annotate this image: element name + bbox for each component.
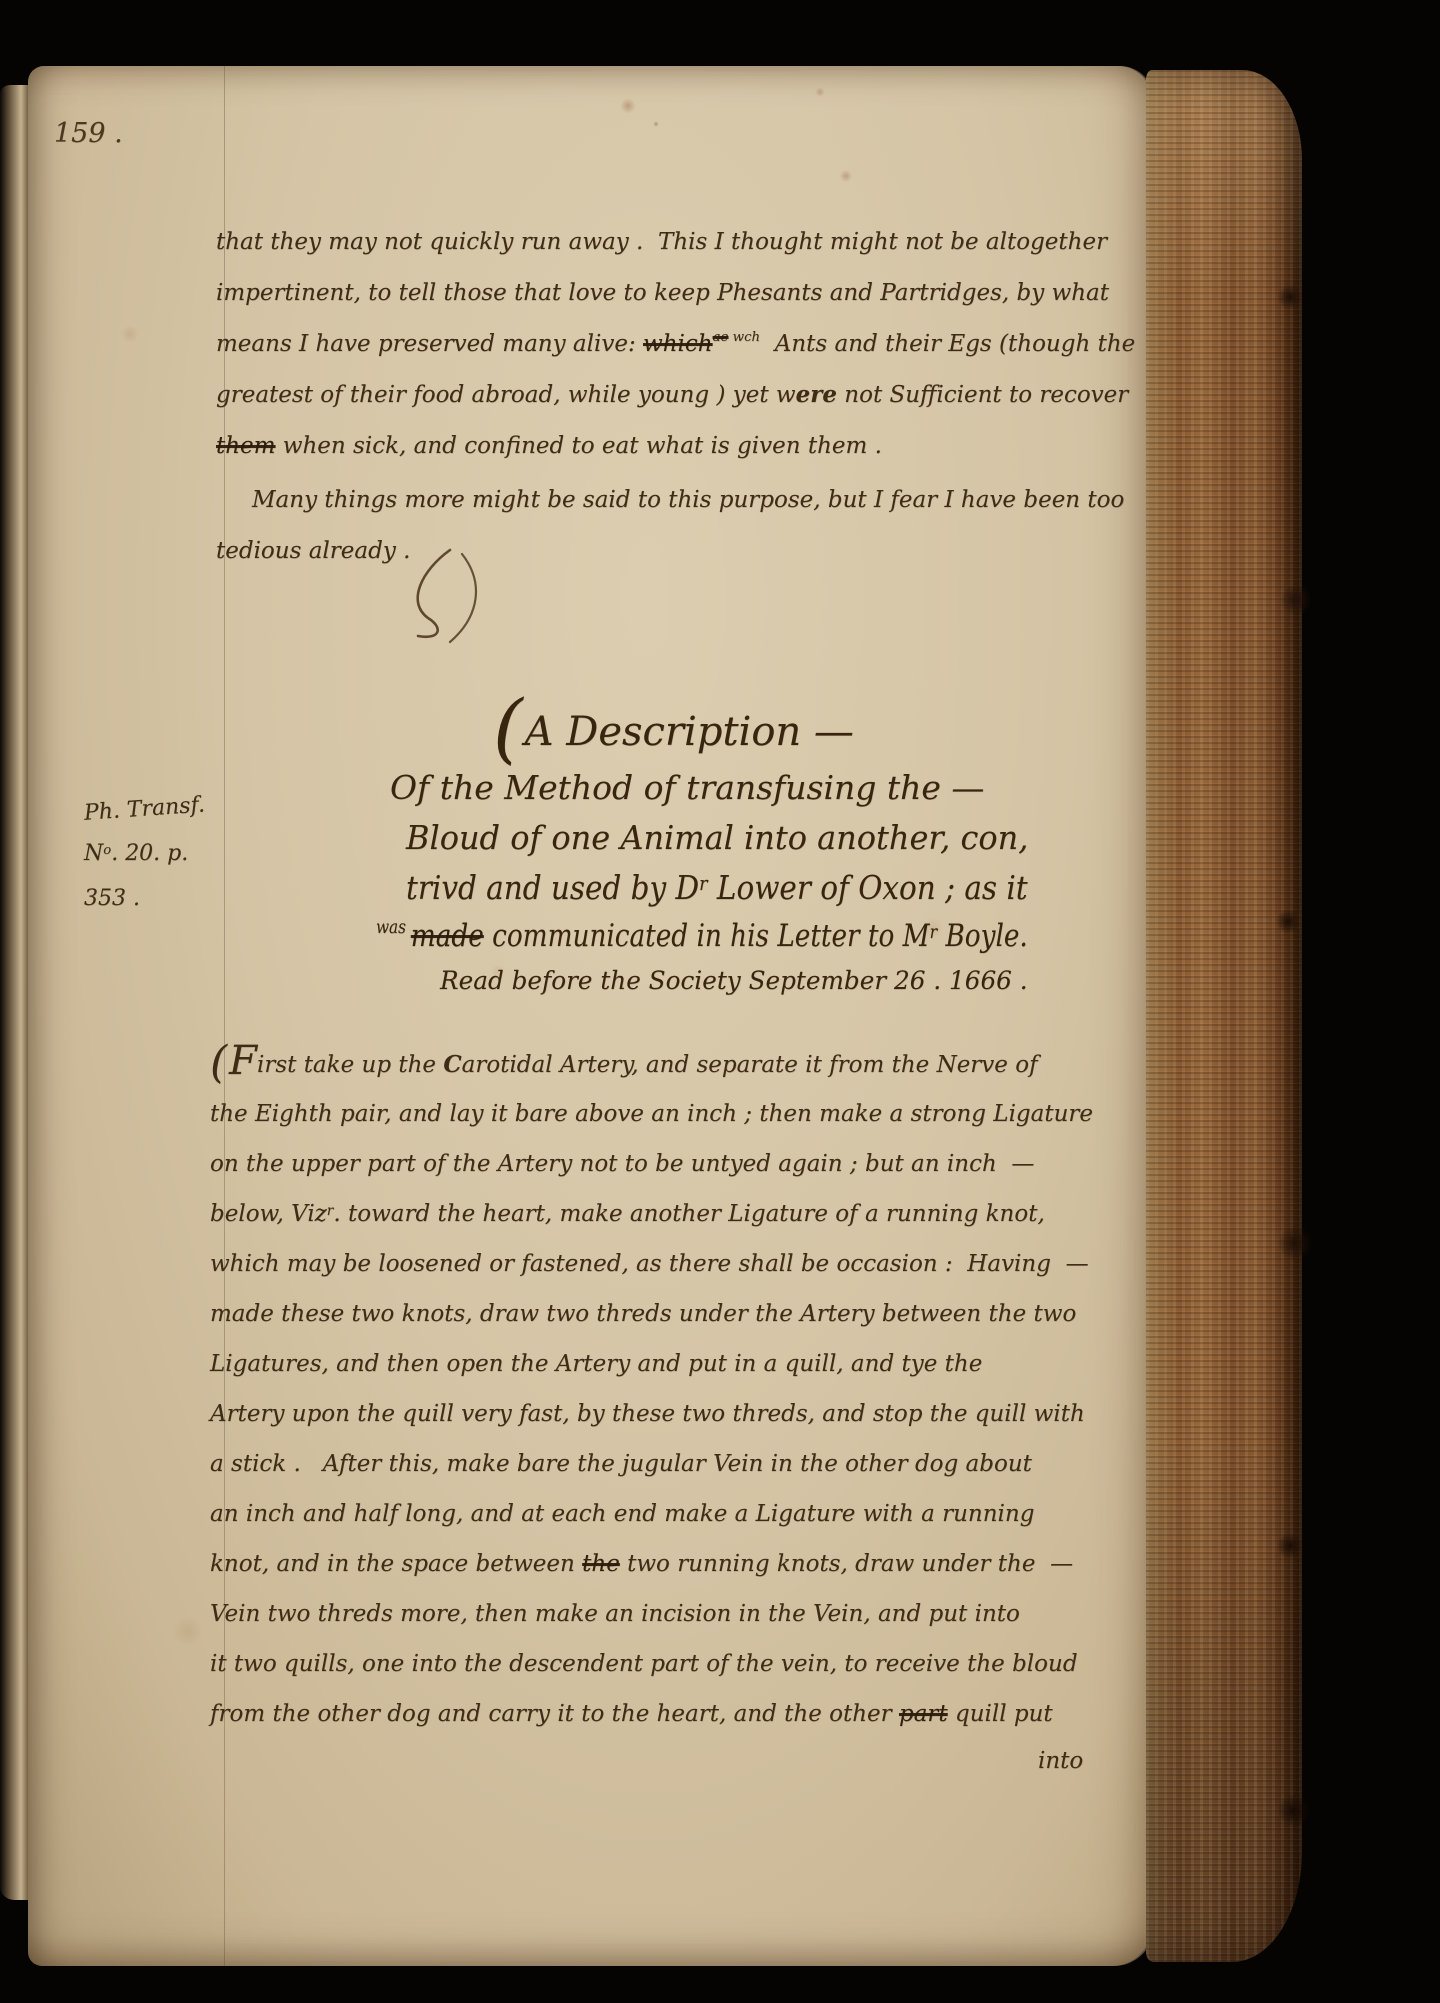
manuscript-line: below, Vizr. toward the heart, make anot…: [210, 1191, 1148, 1241]
pen-flourish-icon: [388, 544, 498, 648]
text-segment: greatest of their food abroad, while you…: [216, 382, 796, 408]
manuscript-line: Ligatures, and then open the Artery and …: [210, 1341, 1148, 1391]
text-segment: made these two knots, draw two threds un…: [210, 1301, 1076, 1327]
text-segment: on the upper part of the Artery not to b…: [210, 1151, 1034, 1177]
book-fore-edge: [1146, 70, 1302, 1962]
manuscript-line: it two quills, one into the descendent p…: [210, 1641, 1148, 1691]
text-segment: Many things more might be said to this p…: [252, 487, 1124, 513]
manuscript-line: Artery upon the quill very fast, by thes…: [210, 1391, 1148, 1441]
text-segment: impertinent, to tell those that love to …: [216, 280, 1109, 306]
text-segment: that they may not quickly run away . Thi…: [216, 229, 1107, 255]
text-segment: Boyle.: [937, 918, 1028, 954]
manuscript-line: that they may not quickly run away . Thi…: [216, 218, 1151, 269]
manuscript-line: tedious already .: [216, 527, 1151, 578]
manuscript-line: made these two knots, draw two threds un…: [210, 1291, 1148, 1341]
swash-initial: F: [229, 1038, 257, 1084]
text-segment: Vein two threds more, then make an incis…: [210, 1601, 1020, 1627]
overwritten-bold-segment: ere: [796, 381, 837, 408]
manuscript-line: from the other dog and carry it to the h…: [210, 1691, 1148, 1741]
superscript-segment: r: [930, 922, 938, 943]
manuscript-line: greatest of their food abroad, while you…: [216, 371, 1151, 422]
inserted-above-segment: wch: [728, 330, 760, 345]
text-segment: it two quills, one into the descendent p…: [210, 1651, 1078, 1677]
text-segment: the Eighth pair, and lay it bare above a…: [210, 1101, 1093, 1127]
manuscript-line: knot, and in the space between the two r…: [210, 1541, 1148, 1591]
section-title: (A Description —Of the Method of transfu…: [198, 708, 1028, 1008]
text-segment: tedious already .: [216, 538, 410, 564]
body-paragraph: (First take up the Carotidal Artery, and…: [210, 1041, 1148, 1741]
manuscript-line: them when sick, and confined to eat what…: [216, 422, 1151, 473]
text-segment: Ph. Transf.: [83, 792, 206, 825]
text-segment: below, Viz: [210, 1201, 327, 1227]
text-segment: . 20. p.: [111, 841, 188, 866]
manuscript-line: an inch and half long, and at each end m…: [210, 1491, 1148, 1541]
manuscript-line: impertinent, to tell those that love to …: [216, 269, 1151, 320]
text-segment: which may be loosened or fastened, as th…: [210, 1251, 1089, 1277]
text-segment: Read before the Society September 26 . 1…: [440, 966, 1028, 995]
text-segment: irst take up the: [257, 1052, 443, 1078]
text-segment: communicated in his Letter to M: [484, 918, 930, 954]
text-segment: two running knots, draw under the —: [620, 1551, 1073, 1577]
struck-through-segment: the: [582, 1551, 620, 1577]
manuscript-page: 159 . that they may not quickly run away…: [28, 66, 1152, 1966]
struck-through-segment: part: [899, 1701, 948, 1727]
opening-paren-flourish: (: [493, 683, 523, 772]
manuscript-line: Vein two threds more, then make an incis…: [210, 1591, 1148, 1641]
text-segment: Artery upon the quill very fast, by thes…: [210, 1401, 1085, 1427]
text-segment: means I have preserved many alive:: [216, 331, 643, 357]
manuscript-line: which may be loosened or fastened, as th…: [210, 1241, 1148, 1291]
overwritten-bold-segment: C: [443, 1051, 461, 1078]
text-segment: from the other dog and carry it to the h…: [210, 1701, 899, 1727]
manuscript-line: was made communicated in his Letter to M…: [376, 918, 1028, 966]
struck-through-segment: them: [216, 433, 275, 459]
inserted-above-segment: was: [376, 917, 411, 938]
manuscript-line: (A Description —: [493, 708, 1028, 768]
superscript-segment: r: [699, 872, 707, 895]
text-segment: Ligatures, and then open the Artery and …: [210, 1351, 982, 1377]
paragraph-closing: Many things more might be said to this p…: [216, 476, 1151, 578]
text-segment: arotidal Artery, and separate it from th…: [462, 1052, 1038, 1078]
manuscript-line: on the upper part of the Artery not to b…: [210, 1141, 1148, 1191]
manuscript-line: Read before the Society September 26 . 1…: [440, 966, 1028, 1008]
text-segment: A Description —: [525, 709, 854, 755]
text-segment: Lower of Oxon ; as it: [708, 868, 1028, 907]
text-segment: N: [84, 841, 103, 866]
text-segment: Of the Method of transfusing the —: [390, 768, 984, 807]
manuscript-line: Of the Method of transfusing the —: [390, 768, 1028, 818]
text-segment: . toward the heart, make another Ligatur…: [333, 1201, 1044, 1227]
manuscript-line: trivd and used by Dr Lower of Oxon ; as …: [406, 868, 1028, 918]
manuscript-line: the Eighth pair, and lay it bare above a…: [210, 1091, 1148, 1141]
text-segment: Bloud of one Animal into another, con,: [406, 818, 1028, 857]
text-segment: 353 .: [84, 886, 140, 911]
manuscript-line: means I have preserved many alive: which…: [216, 320, 1151, 371]
opening-paren-flourish: (: [210, 1037, 227, 1088]
text-segment: not Sufficient to recover: [837, 382, 1128, 408]
manuscript-line: Many things more might be said to this p…: [216, 476, 1151, 527]
manuscript-line: Bloud of one Animal into another, con,: [406, 818, 1028, 868]
paragraph-top: that they may not quickly run away . Thi…: [216, 218, 1151, 473]
inserted-struck-segment: ae: [713, 330, 729, 345]
page-number: 159 .: [54, 118, 123, 149]
photograph-of-manuscript-book: { "document": { "kind": "17th-century ha…: [0, 0, 1440, 2003]
text-segment: a stick . After this, make bare the jugu…: [210, 1451, 1032, 1477]
text-segment: knot, and in the space between: [210, 1551, 582, 1577]
text-segment: quill put: [948, 1701, 1053, 1727]
struck-through-segment: which: [643, 331, 713, 357]
manuscript-line: a stick . After this, make bare the jugu…: [210, 1441, 1148, 1491]
text-segment: trivd and used by D: [406, 868, 699, 907]
facing-page-edge: [0, 85, 30, 1900]
struck-through-segment: made: [411, 918, 484, 954]
text-segment: Ants and their Egs (though the: [760, 331, 1135, 357]
superscript-segment: o: [103, 843, 111, 858]
manuscript-line: (First take up the Carotidal Artery, and…: [210, 1041, 1148, 1091]
text-segment: when sick, and confined to eat what is g…: [275, 433, 881, 459]
catchword: into: [1038, 1748, 1083, 1774]
superscript-segment: r: [327, 1203, 334, 1219]
text-segment: an inch and half long, and at each end m…: [210, 1501, 1034, 1527]
